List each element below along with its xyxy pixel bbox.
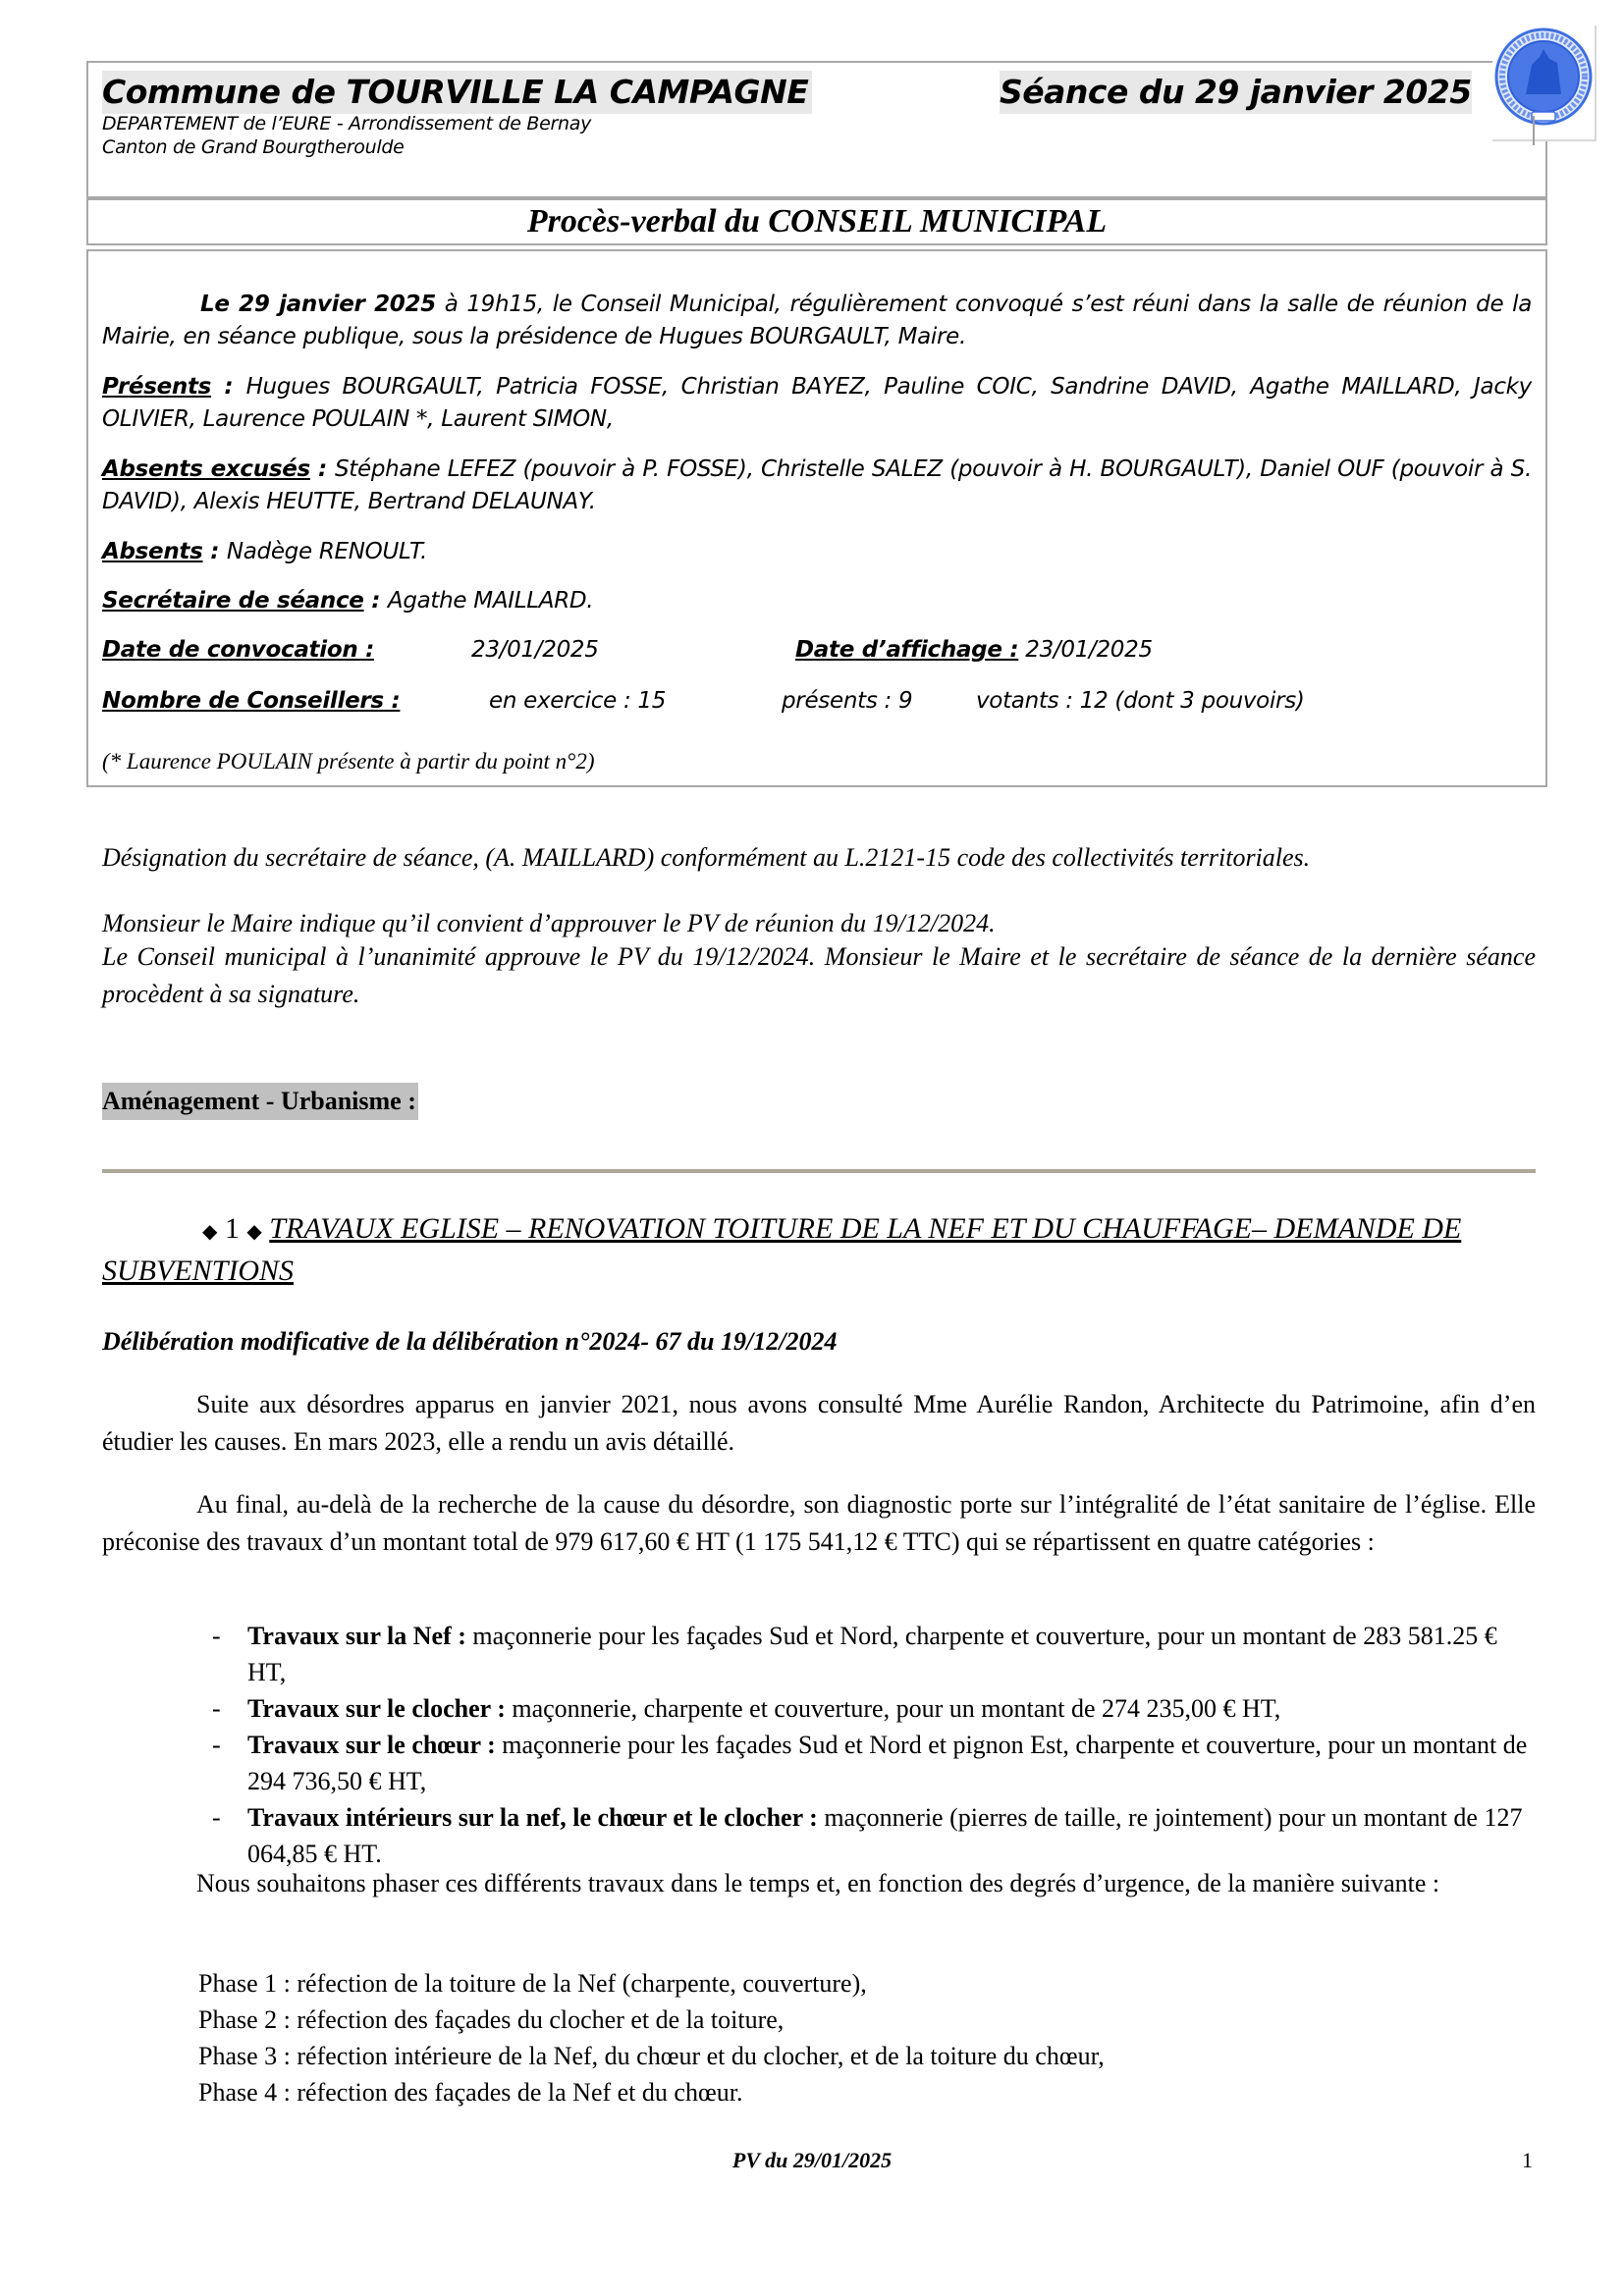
department-line: DEPARTEMENT de l’EURE - Arrondissement d… <box>102 112 591 135</box>
section-divider <box>102 1169 1536 1173</box>
page-number: 1 <box>1522 2146 1533 2175</box>
intro-date: Le 29 janvier 2025 <box>200 292 436 317</box>
secretaire-paragraph: Secrétaire de séance : Agathe MAILLARD. <box>102 585 1532 617</box>
session-date-title: Séance du 29 janvier 2025 <box>1000 71 1472 114</box>
works-list: -Travaux sur la Nef : maçonnerie pour le… <box>102 1618 1536 1872</box>
designation-paragraph: Désignation du secrétaire de séance, (A.… <box>102 839 1536 877</box>
list-item: -Travaux sur le chœur : maçonnerie pour … <box>102 1727 1536 1799</box>
list-item: -Travaux sur la Nef : maçonnerie pour le… <box>102 1618 1536 1690</box>
item-number: 1 <box>225 1212 240 1245</box>
seal-divider <box>1533 116 1535 145</box>
list-item: Phase 2 : réfection des façades du cloch… <box>198 2002 1105 2038</box>
intro-paragraph: Le 29 janvier 2025 à 19h15, le Conseil M… <box>102 289 1532 353</box>
municipal-seal-icon <box>1492 26 1597 141</box>
canton-line: Canton de Grand Bourgtheroulde <box>102 135 404 159</box>
list-item: Phase 4 : réfection des façades de la Ne… <box>198 2074 1105 2110</box>
secretaire-label: Secrétaire de séance <box>102 588 364 614</box>
convocation-date: 23/01/2025 <box>471 634 599 667</box>
list-item: -Travaux intérieurs sur la nef, le chœur… <box>102 1799 1536 1872</box>
deliberation-subtitle: Délibération modificative de la délibéra… <box>102 1323 837 1361</box>
affichage-date: 23/01/2025 <box>1018 637 1153 663</box>
excuses-label: Absents excusés <box>102 456 310 482</box>
diamond-bullet-icon: ◆ <box>202 1221 217 1243</box>
agenda-item-title: ◆ 1 ◆ TRAVAUX EGLISE – RENOVATION TOITUR… <box>102 1209 1536 1291</box>
dates-row: Date de convocation : 23/01/2025 Date d’… <box>102 634 1532 667</box>
pv-title: Procès-verbal du CONSEIL MUNICIPAL <box>88 200 1545 243</box>
header-box: Commune de TOURVILLE LA CAMPAGNE Séance … <box>86 61 1547 198</box>
absents-label: Absents <box>102 539 203 564</box>
presents-paragraph: Présents : Hugues BOURGAULT, Patricia FO… <box>102 371 1532 436</box>
excuses-paragraph: Absents excusés : Stéphane LEFEZ (pouvoi… <box>102 454 1532 518</box>
list-item: -Travaux sur le clocher : maçonnerie, ch… <box>102 1690 1536 1727</box>
section-heading: Aménagement - Urbanisme : <box>102 1083 418 1120</box>
phasing-paragraph: Nous souhaitons phaser ces différents tr… <box>102 1865 1536 1902</box>
approval-paragraph-2: Le Conseil municipal à l’unanimité appro… <box>102 938 1536 1013</box>
absents-paragraph: Absents : Nadège RENOULT. <box>102 536 1532 568</box>
approval-paragraph-1: Monsieur le Maire indique qu’il convient… <box>102 905 1536 942</box>
context-paragraph: Suite aux désordres apparus en janvier 2… <box>102 1386 1536 1461</box>
absents-list: Nadège RENOULT. <box>227 539 427 564</box>
pv-title-box: Procès-verbal du CONSEIL MUNICIPAL <box>86 198 1547 245</box>
conseillers-label: Nombre de Conseillers : <box>102 688 400 714</box>
diagnostic-paragraph: Au final, au-delà de la recherche de la … <box>102 1486 1536 1561</box>
affichage-label: Date d’affichage : <box>795 637 1018 663</box>
secretaire-name: Agathe MAILLARD. <box>388 588 593 614</box>
attendance-box: Le 29 janvier 2025 à 19h15, le Conseil M… <box>86 249 1547 787</box>
footer-label: PV du 29/01/2025 <box>0 2146 1624 2175</box>
en-exercice-count: en exercice : 15 <box>489 685 666 718</box>
diamond-bullet-icon: ◆ <box>246 1221 261 1243</box>
presents-count: présents : 9 <box>782 685 912 718</box>
footnote: (* Laurence POULAIN présente à partir du… <box>102 747 595 776</box>
convocation-label: Date de convocation : <box>102 637 374 663</box>
votants-count: votants : 12 (dont 3 pouvoirs) <box>976 685 1305 718</box>
list-item: Phase 3 : réfection intérieure de la Nef… <box>198 2038 1105 2074</box>
presents-label: Présents <box>102 374 211 400</box>
presents-list: Hugues BOURGAULT, Patricia FOSSE, Christ… <box>102 374 1532 432</box>
conseillers-row: Nombre de Conseillers : en exercice : 15… <box>102 685 1532 718</box>
phase-list: Phase 1 : réfection de la toiture de la … <box>198 1965 1105 2110</box>
item-title-text: TRAVAUX EGLISE – RENOVATION TOITURE DE L… <box>102 1212 1461 1287</box>
list-item: Phase 1 : réfection de la toiture de la … <box>198 1965 1105 2002</box>
commune-title: Commune de TOURVILLE LA CAMPAGNE <box>102 71 812 114</box>
